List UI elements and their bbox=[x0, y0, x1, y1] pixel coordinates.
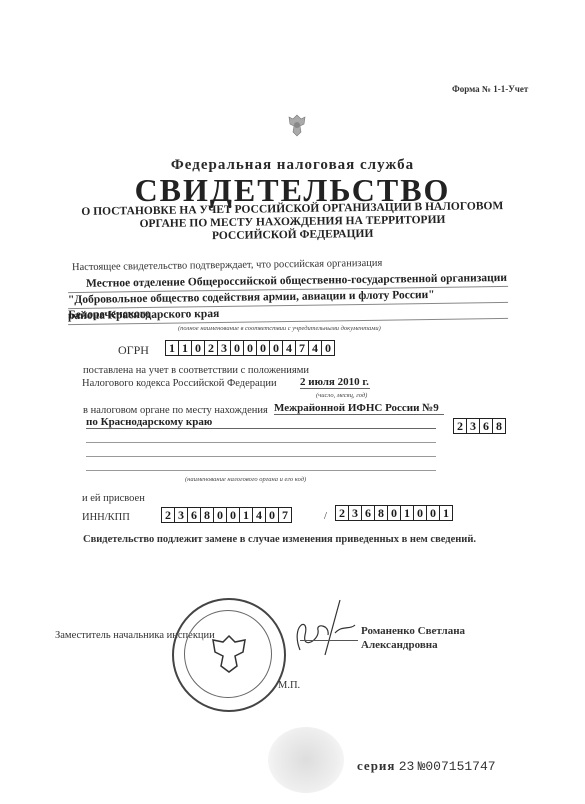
stamp-label: М.П. bbox=[278, 680, 300, 691]
signer-name-line: Романенко Светлана bbox=[361, 624, 465, 638]
date-caption: (число, месяц, год) bbox=[316, 392, 367, 399]
inn-value: 2368001407 bbox=[161, 507, 292, 523]
digit-box: 3 bbox=[349, 506, 362, 520]
serial-series: 23 bbox=[399, 759, 415, 774]
tax-authority-region: по Краснодарскому краю bbox=[86, 416, 436, 429]
inn-kpp-label: ИНН/КПП bbox=[82, 512, 130, 523]
digit-box: 3 bbox=[175, 508, 188, 522]
digit-box: 8 bbox=[493, 419, 505, 433]
digit-box: 0 bbox=[192, 341, 205, 355]
signature-icon bbox=[280, 595, 370, 665]
digit-box: 0 bbox=[231, 341, 244, 355]
form-number: Форма № 1-1-Учет bbox=[452, 84, 528, 94]
blank-line bbox=[86, 470, 436, 471]
ogrn-value: 1102300004740 bbox=[165, 340, 335, 356]
digit-box: 0 bbox=[257, 341, 270, 355]
digit-box: 1 bbox=[166, 341, 179, 355]
digit-box: 4 bbox=[283, 341, 296, 355]
signer-name-line: Александровна bbox=[361, 638, 465, 652]
watermark-seal bbox=[268, 727, 344, 793]
registration-date: 2 июля 2010 г. bbox=[300, 376, 370, 389]
blank-line bbox=[86, 442, 436, 443]
digit-box: 0 bbox=[214, 508, 227, 522]
digit-box: 1 bbox=[179, 341, 192, 355]
digit-box: 0 bbox=[227, 508, 240, 522]
digit-box: 2 bbox=[162, 508, 175, 522]
official-stamp bbox=[172, 598, 286, 712]
ogrn-label: ОГРН bbox=[118, 343, 149, 358]
digit-box: 3 bbox=[467, 419, 480, 433]
digit-box: 1 bbox=[401, 506, 414, 520]
serial-number-value: 007151747 bbox=[425, 759, 495, 774]
digit-box: 0 bbox=[322, 341, 334, 355]
digit-box: 7 bbox=[279, 508, 291, 522]
blank-line bbox=[86, 456, 436, 457]
serial-number: серия 23 №007151747 bbox=[357, 758, 496, 774]
digit-box: 3 bbox=[218, 341, 231, 355]
digit-box: 1 bbox=[240, 508, 253, 522]
coat-of-arms-icon bbox=[285, 112, 309, 140]
digit-box: 0 bbox=[244, 341, 257, 355]
digit-box: 6 bbox=[362, 506, 375, 520]
registration-line1: поставлена на учет в соответствии с поло… bbox=[83, 365, 309, 376]
digit-box: 2 bbox=[205, 341, 218, 355]
kpp-value: 236801001 bbox=[335, 505, 453, 521]
tax-authority-name: Межрайонной ИФНС России №9 bbox=[274, 402, 444, 415]
tax-authority-label: в налоговом органе по месту нахождения bbox=[83, 405, 268, 416]
digit-box: 7 bbox=[296, 341, 309, 355]
serial-label: серия bbox=[357, 758, 395, 773]
digit-box: 4 bbox=[309, 341, 322, 355]
digit-box: 0 bbox=[388, 506, 401, 520]
digit-box: 1 bbox=[440, 506, 452, 520]
tax-authority-caption: (наименование налогового органа и его ко… bbox=[185, 476, 306, 483]
registration-line2: Налогового кодекса Российской Федерации bbox=[82, 378, 277, 389]
assigned-label: и ей присвоен bbox=[82, 493, 145, 504]
replacement-notice: Свидетельство подлежит замене в случае и… bbox=[83, 534, 476, 545]
digit-box: 2 bbox=[336, 506, 349, 520]
document-subtitle: О ПОСТАНОВКЕ НА УЧЕТ РОССИЙСКОЙ ОРГАНИЗА… bbox=[0, 199, 585, 246]
digit-box: 0 bbox=[270, 341, 283, 355]
signature-line bbox=[300, 640, 358, 641]
digit-box: 0 bbox=[266, 508, 279, 522]
intro-text: Настоящее свидетельство подтверждает, чт… bbox=[72, 258, 382, 273]
digit-box: 0 bbox=[414, 506, 427, 520]
digit-box: 8 bbox=[375, 506, 388, 520]
digit-box: 2 bbox=[454, 419, 467, 433]
stamp-eagle-icon bbox=[209, 632, 249, 676]
digit-box: 4 bbox=[253, 508, 266, 522]
digit-box: 8 bbox=[201, 508, 214, 522]
inn-kpp-separator: / bbox=[324, 511, 327, 522]
digit-box: 6 bbox=[188, 508, 201, 522]
digit-box: 6 bbox=[480, 419, 493, 433]
digit-box: 0 bbox=[427, 506, 440, 520]
tax-authority-code: 2368 bbox=[453, 418, 506, 434]
signer-name: Романенко Светлана Александровна bbox=[361, 624, 465, 652]
org-name-caption: (полное наименование в соответствии с уч… bbox=[178, 325, 381, 332]
